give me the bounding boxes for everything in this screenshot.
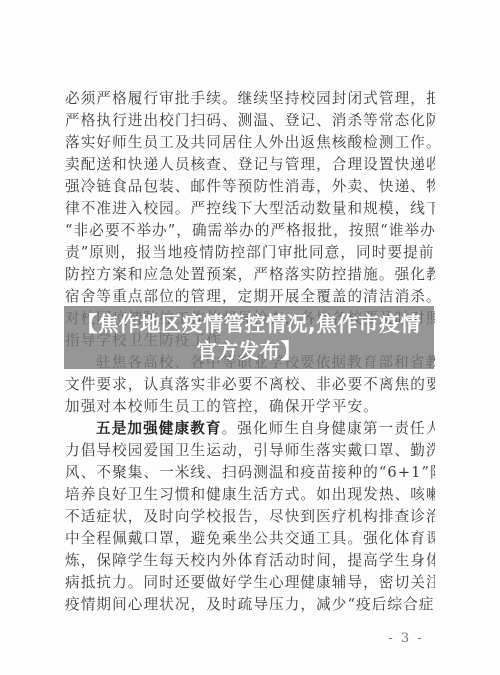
text-line: 中全程佩戴口罩，避免乘坐公共交通工具。强化体育课和课外锻: [65, 528, 435, 550]
text-line: 炼，保障学生每天校内外体育活动时间，提高学生身体素质和疾: [65, 550, 435, 572]
text-line: 强冷链食品包装、邮件等预防性消毒，外卖、快递、物流车辆一: [65, 176, 435, 198]
text-line: 防控方案和应急处置预案，严格落实防控措施。强化教室、餐厅、: [65, 264, 435, 286]
overlay-title: 【焦作地区疫情管控情况,焦作市疫情官方发布】: [69, 311, 429, 365]
text-line: 加强对本校师生员工的管控，确保开学平安。: [65, 396, 435, 418]
text-line: 风、不聚集、一米线、扫码测温和疫苗接种的“6+1”防控措施，: [65, 462, 435, 484]
section-heading: 五是加强健康教育: [96, 420, 222, 437]
text-line: 培养良好卫生习惯和健康生活方式。如出现发热、咳嗽、咽痛等: [65, 484, 435, 506]
text-line: 责”原则，报当地疫情防控部门审批同意，同时要提前制定疫情: [65, 242, 435, 264]
text-line: 严格执行进出校门扫码、测温、登记、消杀等常态化防控措施，: [65, 110, 435, 132]
text-line: 必须严格履行审批手续。继续坚持校园封闭式管理，把好校门关，: [65, 88, 435, 110]
text-line: 力倡导校园爱国卫生运动，引导师生落实戴口罩、勤洗手、常通: [65, 440, 435, 462]
text-line: 文件要求，认真落实非必要不离校、非必要不离焦的要求，切实: [65, 374, 435, 396]
title-overlay-banner: 【焦作地区疫情管控情况,焦作市疫情官方发布】: [64, 306, 434, 369]
text-line: 律不准进入校园。严控线下大型活动数量和规模，线下聚集活动: [65, 198, 435, 220]
text-line: 病抵抗力。同时还要做好学生心理健康辅导，密切关注师生员工: [65, 572, 435, 594]
text-line: 宿舍等重点部位的管理，定期开展全覆盖的清洁消杀。加强校院: [65, 286, 435, 308]
page-number: - 3 -: [386, 631, 426, 646]
section-heading-line: 五是加强健康教育。强化师生自身健康第一责任人意识，大: [65, 418, 435, 440]
text-line: 强化师生自身健康第一责任人意识，大: [237, 420, 435, 437]
text-line: 卖配送和快递人员核查、登记与管理，合理设置快递收发点，加: [65, 154, 435, 176]
text-line: 不适症状，及时向学校报告，尽快到医疗机构排查诊治，就医途: [65, 506, 435, 528]
document-page: 必须严格履行审批手续。继续坚持校园封闭式管理，把好校门关， 严格执行进出校门扫码…: [0, 0, 500, 675]
text-line: 落实好师生员工及共同居住人外出返焦核酸检测工作。加强对外: [65, 132, 435, 154]
text-line: 疫情期间心理状况，及时疏导压力，减少“疫后综合症”的影响。: [65, 594, 435, 616]
text-line: “非必要不举办”，确需举办的严格报批，按照“谁举办、谁负: [65, 220, 435, 242]
section-heading-punct: 。: [222, 420, 238, 437]
